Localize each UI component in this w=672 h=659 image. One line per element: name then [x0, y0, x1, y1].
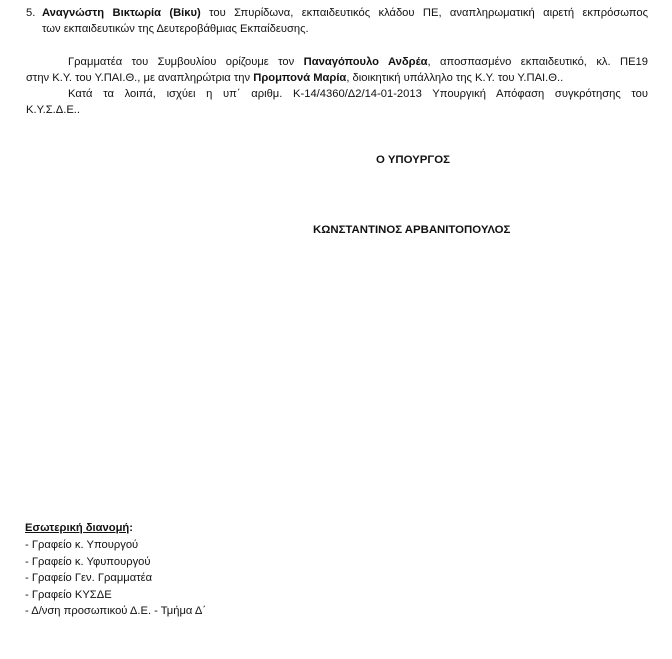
distribution-item: - Γραφείο ΚΥΣΔΕ — [25, 589, 112, 601]
distribution-colon: : — [129, 522, 133, 534]
distribution-item: - Δ/νση προσωπικού Δ.Ε. - Τμήμα Δ΄ — [25, 605, 206, 617]
member-name: Αναγνώστη Βικτωρία (Βίκυ) — [42, 7, 201, 19]
item-5-number: 5. — [26, 7, 35, 19]
deputy-name: Προμπονά Μαρία — [253, 72, 346, 84]
distribution-item: - Γραφείο Γεν. Γραμματέα — [25, 572, 152, 584]
signature-title: Ο ΥΠΟΥΡΓΟΣ — [376, 154, 450, 166]
distribution-item: - Γραφείο κ. Υφυπουργού — [25, 556, 151, 568]
deputy-text-post: , διοικητική υπάλληλο της Κ.Υ. του Υ.ΠΑΙ… — [346, 72, 563, 84]
deputy-text-pre: στην Κ.Υ. του Υ.ΠΑΙ.Θ., με αναπληρώτρια … — [26, 72, 253, 84]
secretary-line-2: στην Κ.Υ. του Υ.ΠΑΙ.Θ., με αναπληρώτρια … — [26, 72, 563, 84]
secretary-text-pre: Γραμματέα του Συμβουλίου ορίζουμε τον — [68, 56, 304, 68]
secretary-text-post: , αποσπασμένο εκπαιδευτικό, κλ. ΠΕ19 — [428, 56, 649, 68]
item-5-line-1: Αναγνώστη Βικτωρία (Βίκυ) του Σπυρίδωνα,… — [42, 7, 648, 19]
secretary-name: Παναγόπουλο Ανδρέα — [304, 56, 428, 68]
distribution-title: Εσωτερική διανομή — [25, 522, 129, 534]
remaining-line-1: Κατά τα λοιπά, ισχύει η υπ΄ αριθμ. Κ-14/… — [68, 88, 648, 100]
item-5-line-2: των εκπαιδευτικών της Δευτεροβάθμιας Εκπ… — [42, 23, 309, 35]
member-details: του Σπυρίδωνα, εκπαιδευτικός κλάδου ΠΕ, … — [201, 7, 648, 19]
remaining-line-2: Κ.Υ.Σ.Δ.Ε.. — [26, 104, 80, 116]
distribution-item: - Γραφείο κ. Υπουργού — [25, 539, 138, 551]
signature-name: ΚΩΝΣΤΑΝΤΙΝΟΣ ΑΡΒΑΝΙΤΟΠΟΥΛΟΣ — [313, 224, 510, 236]
distribution-heading: Εσωτερική διανομή: — [25, 522, 133, 534]
secretary-line-1: Γραμματέα του Συμβουλίου ορίζουμε τον Πα… — [68, 56, 648, 68]
